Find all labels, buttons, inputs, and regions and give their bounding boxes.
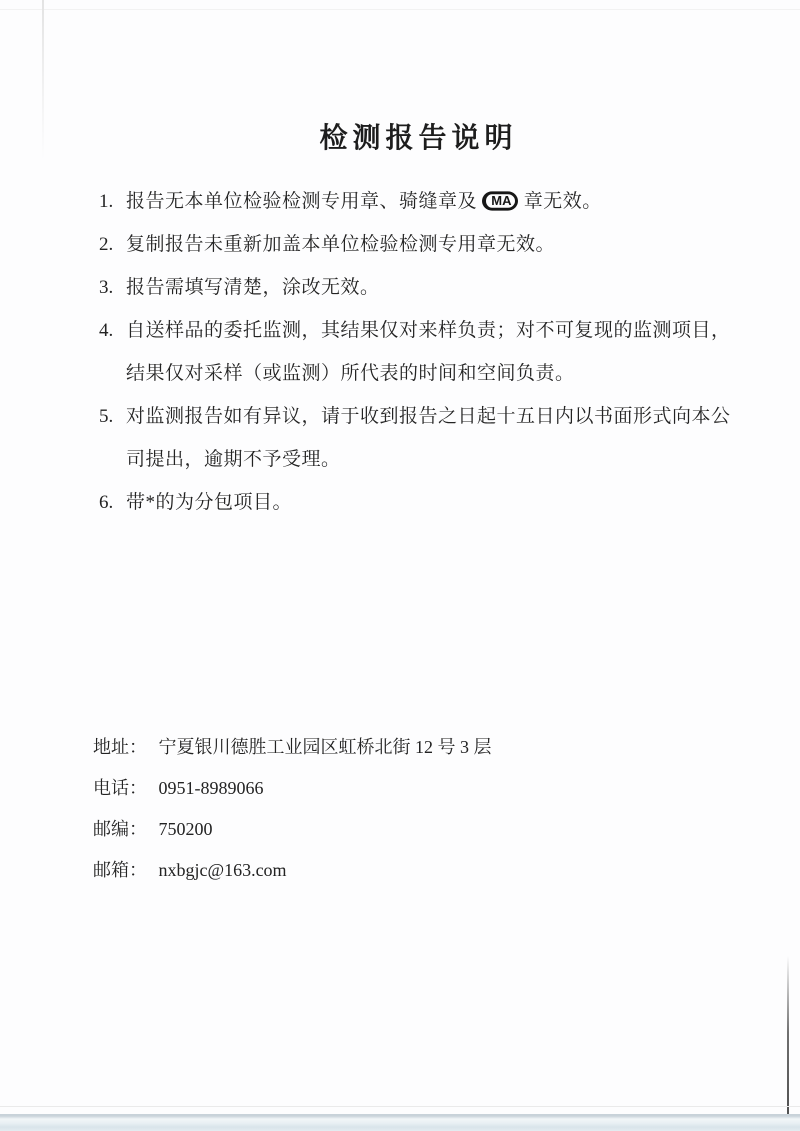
scan-artifact-top-line	[0, 9, 800, 10]
note-item: 5. 对监测报告如有异议，请于收到报告之日起十五日内以书面形式向本公司提出，逾期…	[99, 395, 744, 481]
contact-label: 邮箱：	[93, 860, 147, 880]
note-line: 自送样品的委托监测，其结果仅对来样负责；对不可复现的监测项目，	[126, 309, 744, 352]
note-text: 自送样品的委托监测，其结果仅对来样负责；对不可复现的监测项目，	[126, 320, 731, 341]
note-text: 司提出，逾期不予受理。	[126, 449, 341, 470]
note-line: 报告需填写清楚，涂改无效。	[126, 266, 744, 309]
note-item: 3. 报告需填写清楚，涂改无效。	[99, 266, 744, 309]
scan-artifact-bottom-band	[0, 1114, 800, 1131]
note-line: 结果仅对采样（或监测）所代表的时间和空间负责。	[126, 352, 744, 395]
note-body: 自送样品的委托监测，其结果仅对来样负责；对不可复现的监测项目，结果仅对采样（或监…	[126, 309, 744, 395]
note-text: 报告需填写清楚，涂改无效。	[126, 277, 380, 298]
note-body: 对监测报告如有异议，请于收到报告之日起十五日内以书面形式向本公司提出，逾期不予受…	[126, 395, 744, 481]
note-line: 报告无本单位检验检测专用章、骑缝章及 MA 章无效。	[126, 180, 744, 223]
note-item: 1. 报告无本单位检验检测专用章、骑缝章及 MA 章无效。	[99, 180, 744, 223]
contact-value: 0951-8989066	[159, 778, 264, 798]
note-line: 对监测报告如有异议，请于收到报告之日起十五日内以书面形式向本公	[126, 395, 744, 438]
note-number: 1.	[99, 180, 126, 223]
contact-label: 地址：	[93, 737, 147, 757]
contact-line: 地址： 宁夏银川德胜工业园区虹桥北街 12 号 3 层	[93, 727, 492, 768]
note-text: 对监测报告如有异议，请于收到报告之日起十五日内以书面形式向本公	[126, 406, 731, 427]
note-item: 4. 自送样品的委托监测，其结果仅对来样负责；对不可复现的监测项目，结果仅对采样…	[99, 309, 744, 395]
contact-line: 邮编： 750200	[93, 809, 492, 850]
note-text: 结果仅对采样（或监测）所代表的时间和空间负责。	[126, 363, 575, 384]
page-title: 检测报告说明	[16, 116, 800, 156]
note-number: 5.	[99, 395, 126, 438]
note-text: 复制报告未重新加盖本单位检验检测专用章无效。	[126, 234, 555, 255]
contact-line: 电话： 0951-8989066	[93, 768, 492, 809]
note-text: 章无效。	[518, 191, 601, 212]
contact-block: 地址： 宁夏银川德胜工业园区虹桥北街 12 号 3 层 电话： 0951-898…	[93, 727, 492, 891]
contact-line: 邮箱： nxbgjc@163.com	[93, 850, 492, 891]
contact-value: 宁夏银川德胜工业园区虹桥北街 12 号 3 层	[159, 737, 492, 757]
notes-list: 1. 报告无本单位检验检测专用章、骑缝章及 MA 章无效。 2. 复制报告未重新…	[99, 180, 744, 524]
note-body: 复制报告未重新加盖本单位检验检测专用章无效。	[126, 223, 744, 266]
note-text: 报告无本单位检验检测专用章、骑缝章及	[126, 191, 482, 212]
note-body: 报告需填写清楚，涂改无效。	[126, 266, 744, 309]
note-line: 复制报告未重新加盖本单位检验检测专用章无效。	[126, 223, 744, 266]
note-line: 带*的为分包项目。	[126, 481, 744, 524]
note-number: 2.	[99, 223, 126, 266]
note-item: 6. 带*的为分包项目。	[99, 481, 744, 524]
contact-label: 电话：	[93, 778, 147, 798]
scan-artifact-right-edge	[787, 956, 789, 1126]
scanned-report-page: 检测报告说明 1. 报告无本单位检验检测专用章、骑缝章及 MA 章无效。 2. …	[0, 0, 800, 1131]
note-text: 带*的为分包项目。	[126, 492, 292, 513]
note-item: 2. 复制报告未重新加盖本单位检验检测专用章无效。	[99, 223, 744, 266]
contact-value: nxbgjc@163.com	[159, 860, 287, 880]
cma-certification-mark-icon: MA	[482, 191, 518, 210]
note-body: 报告无本单位检验检测专用章、骑缝章及 MA 章无效。	[126, 180, 744, 223]
contact-label: 邮编：	[93, 819, 147, 839]
note-number: 4.	[99, 309, 126, 352]
note-line: 司提出，逾期不予受理。	[126, 438, 744, 481]
contact-value: 750200	[159, 819, 213, 839]
note-body: 带*的为分包项目。	[126, 481, 744, 524]
note-number: 3.	[99, 266, 126, 309]
note-number: 6.	[99, 481, 126, 524]
scan-artifact-bottom-line	[0, 1106, 800, 1107]
